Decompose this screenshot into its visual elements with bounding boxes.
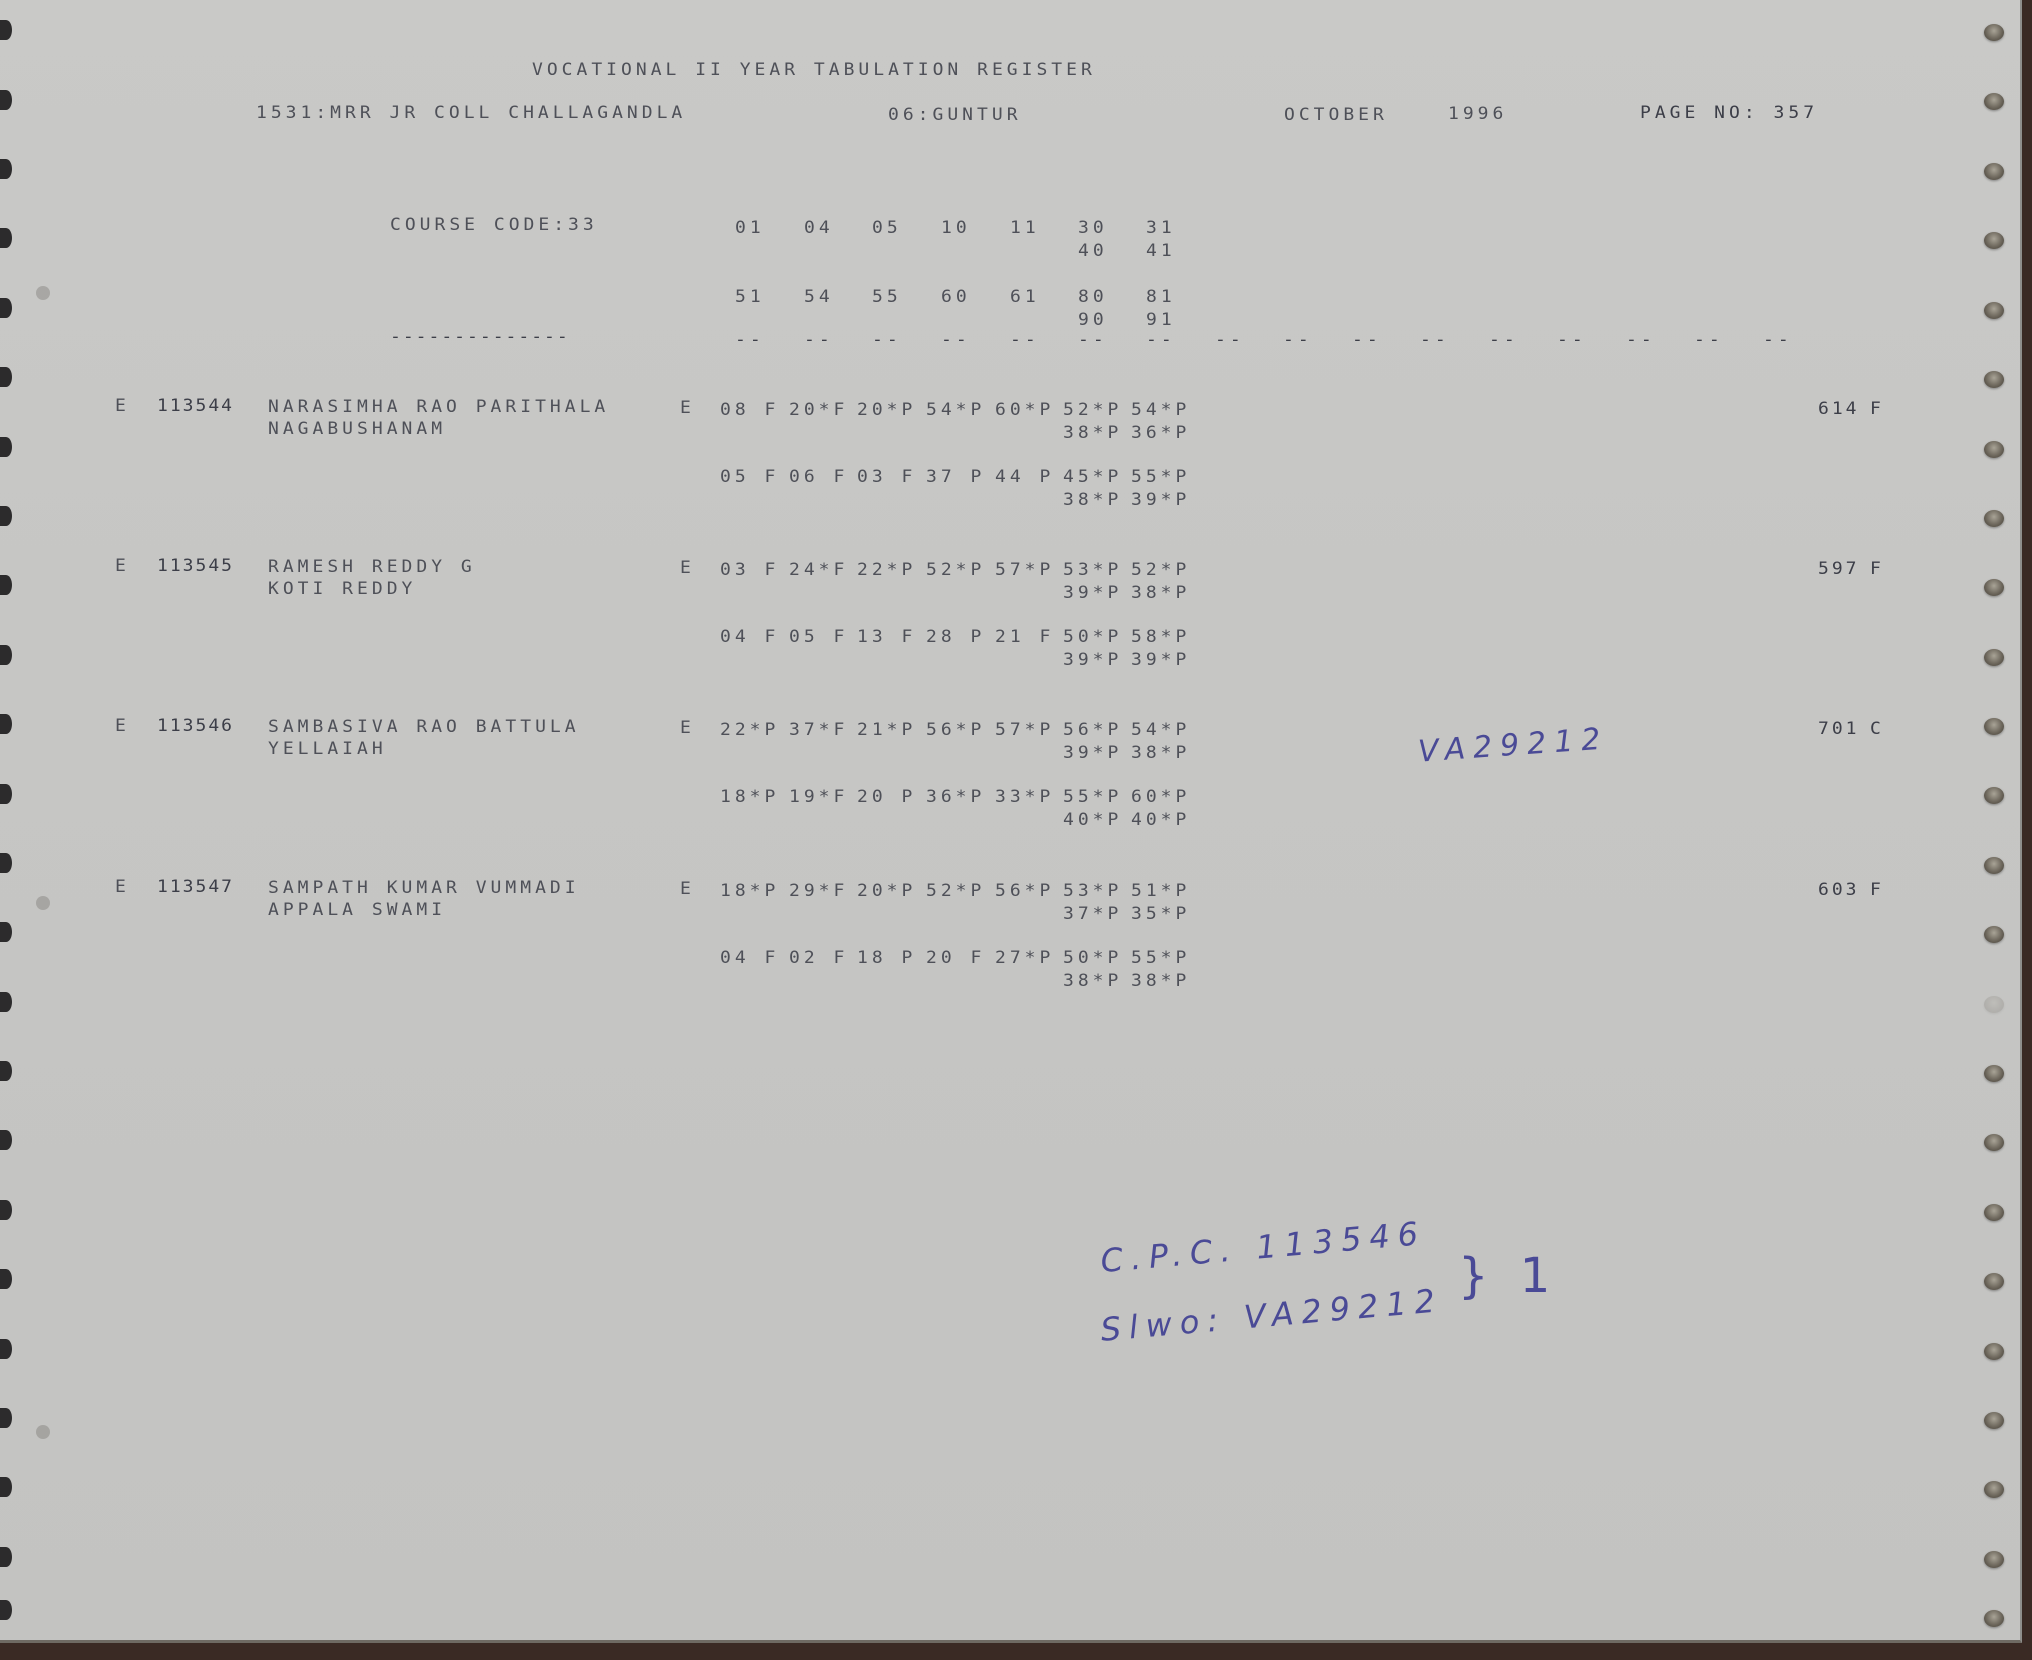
mark-cell: 05 F xyxy=(720,468,790,487)
mark-cell: 38*P xyxy=(1131,744,1201,763)
subject-code: 11 xyxy=(1010,219,1080,238)
mark-cell: 54*P xyxy=(926,401,996,420)
mark-cell: 33*P xyxy=(995,788,1065,807)
mark-cell: 60*P xyxy=(1131,788,1201,807)
record-category: E xyxy=(115,878,130,897)
feed-hole-icon xyxy=(1984,649,2004,666)
feed-hole-icon xyxy=(1984,1134,2004,1151)
mark-cell: 39*P xyxy=(1131,491,1201,510)
feed-hole-icon xyxy=(0,159,12,179)
student-name: SAMPATH KUMAR VUMMADI xyxy=(268,879,580,898)
mark-cell: 50*P xyxy=(1063,628,1133,647)
subject-code: 91 xyxy=(1146,311,1216,330)
father-name: YELLAIAH xyxy=(268,740,387,759)
mark-cell: 52*P xyxy=(926,561,996,580)
feed-hole-icon xyxy=(0,1477,12,1497)
mark-cell: 36*P xyxy=(926,788,996,807)
mark-cell: 38*P xyxy=(1131,584,1201,603)
column-dash: -- xyxy=(1352,331,1422,350)
mark-cell: 03 F xyxy=(857,468,927,487)
paper-smudge xyxy=(36,286,50,300)
column-dash: -- xyxy=(1489,331,1559,350)
father-name: NAGABUSHANAM xyxy=(268,420,446,439)
medium: E xyxy=(680,719,695,738)
feed-hole-icon xyxy=(1984,1551,2004,1568)
record-category: E xyxy=(115,557,130,576)
feed-hole-icon xyxy=(1984,787,2004,804)
mark-cell: 56*P xyxy=(995,882,1065,901)
mark-cell: 18 P xyxy=(857,949,927,968)
feed-hole-icon xyxy=(1984,232,2004,249)
column-dash: -- xyxy=(1557,331,1627,350)
student-name: NARASIMHA RAO PARITHALA xyxy=(268,398,609,417)
mark-cell: 56*P xyxy=(926,721,996,740)
column-dash: -- xyxy=(1763,331,1833,350)
mark-cell: 03 F xyxy=(720,561,790,580)
feed-hole-icon xyxy=(0,90,12,110)
subject-code: 30 xyxy=(1078,219,1148,238)
mark-cell: 53*P xyxy=(1063,561,1133,580)
mark-cell: 40*P xyxy=(1131,811,1201,830)
mark-cell: 20 P xyxy=(857,788,927,807)
feed-hole-icon xyxy=(0,853,12,873)
column-dash: -- xyxy=(941,331,1011,350)
roll-number: 113544 xyxy=(157,397,234,416)
feed-hole-icon xyxy=(0,1061,12,1081)
mark-cell: 54*P xyxy=(1131,721,1201,740)
mark-cell: 08 F xyxy=(720,401,790,420)
feed-hole-icon xyxy=(0,298,12,318)
handwritten-brace-mark: } 1 xyxy=(1458,1248,1558,1304)
feed-hole-icon xyxy=(1984,1481,2004,1498)
mark-cell: 60*P xyxy=(995,401,1065,420)
college-name: 1531:MRR JR COLL CHALLAGANDLA xyxy=(256,104,686,123)
mark-cell: 52*P xyxy=(926,882,996,901)
mark-cell: 35*P xyxy=(1131,905,1201,924)
mark-cell: 02 F xyxy=(789,949,859,968)
feed-hole-icon xyxy=(0,1200,12,1220)
mark-cell: 53*P xyxy=(1063,882,1133,901)
mark-cell: 37*P xyxy=(1063,905,1133,924)
feed-hole-icon xyxy=(0,992,12,1012)
feed-hole-icon xyxy=(1984,996,2004,1013)
student-name: RAMESH REDDY G xyxy=(268,558,476,577)
father-name: APPALA SWAMI xyxy=(268,901,446,920)
mark-cell: 50*P xyxy=(1063,949,1133,968)
mark-cell: 39*P xyxy=(1063,744,1133,763)
subject-code: 41 xyxy=(1146,242,1216,261)
feed-hole-icon xyxy=(0,1547,12,1567)
feed-hole-icon xyxy=(1984,579,2004,596)
feed-hole-icon xyxy=(0,1130,12,1150)
medium: E xyxy=(680,880,695,899)
mark-cell: 45*P xyxy=(1063,468,1133,487)
feed-hole-icon xyxy=(0,506,12,526)
subject-code: 55 xyxy=(872,288,942,307)
mark-cell: 04 F xyxy=(720,628,790,647)
subject-code: 81 xyxy=(1146,288,1216,307)
feed-hole-icon xyxy=(1984,1412,2004,1429)
mark-cell: 20*P xyxy=(857,401,927,420)
mark-cell: 51*P xyxy=(1131,882,1201,901)
mark-cell: 39*P xyxy=(1063,651,1133,670)
mark-cell: 39*P xyxy=(1063,584,1133,603)
mark-cell: 44 P xyxy=(995,468,1065,487)
mark-cell: 13 F xyxy=(857,628,927,647)
feed-hole-icon xyxy=(1984,926,2004,943)
mark-cell: 40*P xyxy=(1063,811,1133,830)
mark-cell: 27*P xyxy=(995,949,1065,968)
student-name: SAMBASIVA RAO BATTULA xyxy=(268,718,580,737)
column-dash: -- xyxy=(1010,331,1080,350)
exam-month: OCTOBER xyxy=(1284,106,1388,125)
feed-hole-icon xyxy=(0,20,12,40)
mark-cell: 20*F xyxy=(789,401,859,420)
mark-cell: 57*P xyxy=(995,561,1065,580)
column-dash: -- xyxy=(735,331,805,350)
medium: E xyxy=(680,559,695,578)
mark-cell: 20 F xyxy=(926,949,996,968)
student-record: E 113547 SAMPATH KUMAR VUMMADI APPALA SW… xyxy=(0,877,2000,997)
feed-hole-icon xyxy=(1984,718,2004,735)
mark-cell: 37*F xyxy=(789,721,859,740)
mark-cell: 29*F xyxy=(789,882,859,901)
mark-cell: 36*P xyxy=(1131,424,1201,443)
subject-code: 10 xyxy=(941,219,1011,238)
subject-code: 31 xyxy=(1146,219,1216,238)
handwritten-slwo-note: Slwo: VA29212 xyxy=(1099,1281,1444,1349)
mark-cell: 18*P xyxy=(720,882,790,901)
mark-cell: 19*F xyxy=(789,788,859,807)
feed-hole-icon xyxy=(1984,1610,2004,1627)
mark-cell: 06 F xyxy=(789,468,859,487)
feed-hole-icon xyxy=(1984,1273,2004,1290)
column-dash: -- xyxy=(1420,331,1490,350)
column-dash: -- xyxy=(1694,331,1764,350)
mark-cell: 05 F xyxy=(789,628,859,647)
record-category: E xyxy=(115,397,130,416)
mark-cell: 22*P xyxy=(857,561,927,580)
paper-smudge xyxy=(36,896,50,910)
feed-hole-icon xyxy=(1984,93,2004,110)
feed-hole-icon xyxy=(1984,441,2004,458)
mark-cell: 21*P xyxy=(857,721,927,740)
mark-cell: 38*P xyxy=(1131,972,1201,991)
feed-hole-icon xyxy=(0,645,12,665)
feed-hole-icon xyxy=(1984,24,2004,41)
district: 06:GUNTUR xyxy=(888,106,1022,125)
roll-number: 113547 xyxy=(157,878,234,897)
feed-hole-icon xyxy=(1984,1204,2004,1221)
column-dash: -- xyxy=(1626,331,1696,350)
mark-cell: 55*P xyxy=(1063,788,1133,807)
total-marks: 701 xyxy=(1818,720,1860,739)
feed-hole-icon xyxy=(0,228,12,248)
mark-cell: 22*P xyxy=(720,721,790,740)
feed-hole-icon xyxy=(0,575,12,595)
mark-cell: 28 P xyxy=(926,628,996,647)
subject-code: 01 xyxy=(735,219,805,238)
roll-number: 113545 xyxy=(157,557,234,576)
mark-cell: 39*P xyxy=(1131,651,1201,670)
feed-hole-icon xyxy=(0,1600,12,1620)
paper-smudge xyxy=(36,1425,50,1439)
student-record: E 113546 SAMBASIVA RAO BATTULA YELLAIAH … xyxy=(0,716,2000,836)
mark-cell: 37 P xyxy=(926,468,996,487)
feed-hole-icon xyxy=(1984,1343,2004,1360)
feed-hole-icon xyxy=(0,784,12,804)
column-dash: -- xyxy=(804,331,874,350)
mark-cell: 54*P xyxy=(1131,401,1201,420)
mark-cell: 55*P xyxy=(1131,468,1201,487)
student-record: E 113544 NARASIMHA RAO PARITHALA NAGABUS… xyxy=(0,396,2000,516)
feed-hole-icon xyxy=(0,1339,12,1359)
mark-cell: 52*P xyxy=(1063,401,1133,420)
feed-hole-icon xyxy=(0,437,12,457)
separator-line: -------------- xyxy=(390,328,570,347)
feed-hole-icon xyxy=(1984,857,2004,874)
handwritten-cpc-note: C.P.C. 113546 xyxy=(1099,1214,1427,1280)
medium: E xyxy=(680,399,695,418)
subject-code: 61 xyxy=(1010,288,1080,307)
mark-cell: 56*P xyxy=(1063,721,1133,740)
total-marks: 614 xyxy=(1818,400,1860,419)
feed-hole-icon xyxy=(1984,371,2004,388)
mark-cell: 38*P xyxy=(1063,424,1133,443)
mark-cell: 52*P xyxy=(1131,561,1201,580)
feed-hole-icon xyxy=(0,367,12,387)
subject-code: 60 xyxy=(941,288,1011,307)
total-marks: 597 xyxy=(1818,560,1860,579)
mark-cell: 21 F xyxy=(995,628,1065,647)
result-status: C xyxy=(1870,720,1885,739)
feed-hole-icon xyxy=(1984,302,2004,319)
mark-cell: 38*P xyxy=(1063,491,1133,510)
register-title: VOCATIONAL II YEAR TABULATION REGISTER xyxy=(532,61,1096,80)
record-category: E xyxy=(115,717,130,736)
course-code: COURSE CODE:33 xyxy=(390,216,598,235)
column-dash: -- xyxy=(1146,331,1216,350)
feed-hole-icon xyxy=(0,714,12,734)
subject-code: 90 xyxy=(1078,311,1148,330)
column-dash: -- xyxy=(1078,331,1148,350)
feed-hole-icon xyxy=(0,1408,12,1428)
page-number: PAGE NO: 357 xyxy=(1640,104,1818,123)
feed-hole-icon xyxy=(0,922,12,942)
result-status: F xyxy=(1870,881,1885,900)
subject-code: 54 xyxy=(804,288,874,307)
mark-cell: 55*P xyxy=(1131,949,1201,968)
student-record: E 113545 RAMESH REDDY G KOTI REDDY E 03 … xyxy=(0,556,2000,676)
subject-code: 04 xyxy=(804,219,874,238)
exam-year: 1996 xyxy=(1448,105,1507,124)
mark-cell: 24*F xyxy=(789,561,859,580)
mark-cell: 38*P xyxy=(1063,972,1133,991)
subject-code: 51 xyxy=(735,288,805,307)
mark-cell: 18*P xyxy=(720,788,790,807)
feed-hole-icon xyxy=(1984,163,2004,180)
tabulation-register-sheet: VOCATIONAL II YEAR TABULATION REGISTER 1… xyxy=(0,0,2022,1643)
subject-code: 80 xyxy=(1078,288,1148,307)
result-status: F xyxy=(1870,560,1885,579)
subject-code: 05 xyxy=(872,219,942,238)
result-status: F xyxy=(1870,400,1885,419)
mark-cell: 04 F xyxy=(720,949,790,968)
mark-cell: 58*P xyxy=(1131,628,1201,647)
feed-hole-icon xyxy=(1984,510,2004,527)
subject-code: 40 xyxy=(1078,242,1148,261)
father-name: KOTI REDDY xyxy=(268,580,416,599)
feed-hole-icon xyxy=(0,1269,12,1289)
column-dash: -- xyxy=(1283,331,1353,350)
column-dash: -- xyxy=(872,331,942,350)
column-dash: -- xyxy=(1215,331,1285,350)
roll-number: 113546 xyxy=(157,717,234,736)
mark-cell: 57*P xyxy=(995,721,1065,740)
feed-hole-icon xyxy=(1984,1065,2004,1082)
total-marks: 603 xyxy=(1818,881,1860,900)
mark-cell: 20*P xyxy=(857,882,927,901)
